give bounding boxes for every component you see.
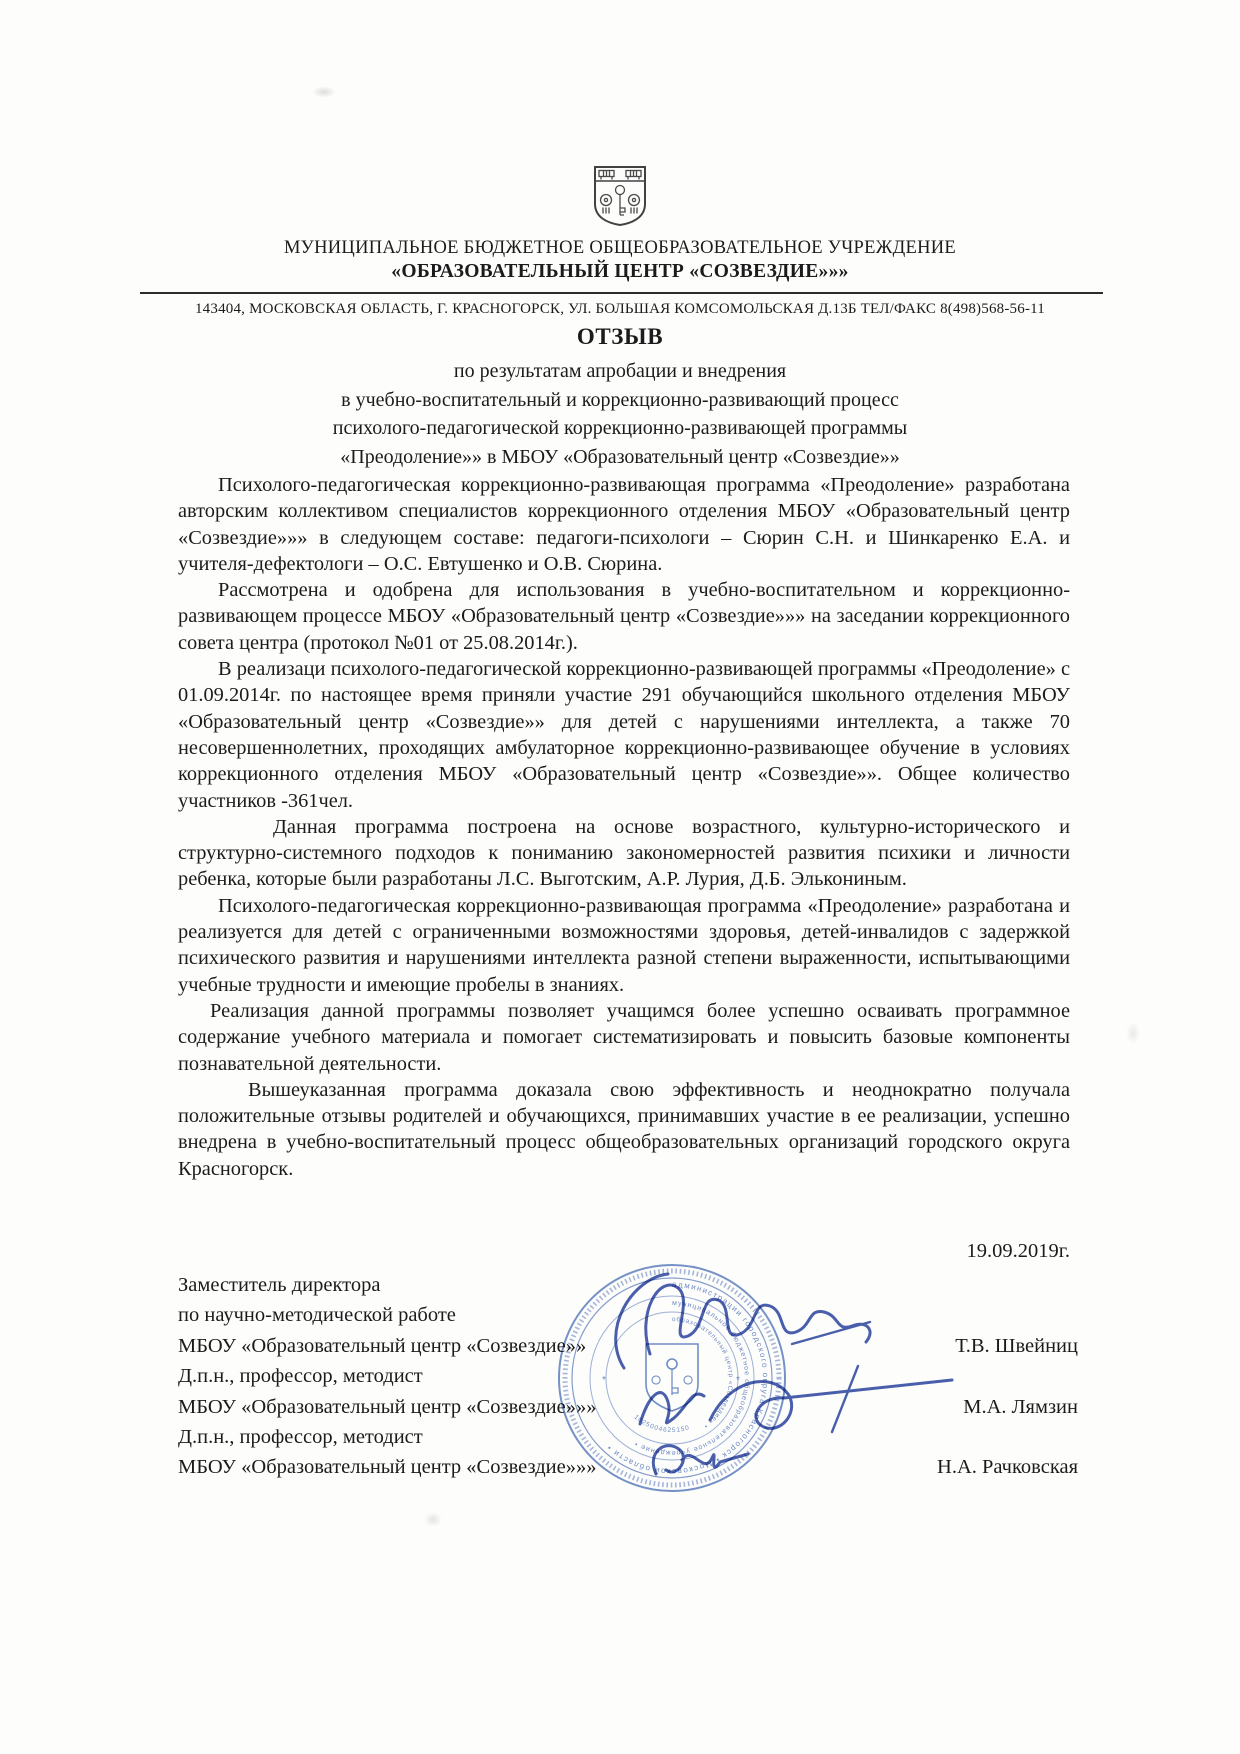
signatory-role: Д.п.н., профессор, методист bbox=[178, 1361, 423, 1391]
signatory-role: Д.п.н., профессор, методист bbox=[178, 1422, 423, 1452]
title-subtitle-line: в учебно-воспитательный и коррекционно-р… bbox=[0, 386, 1240, 415]
body-paragraph: Вышеуказанная программа доказала свою эф… bbox=[178, 1077, 1070, 1182]
body-paragraph: Психолого-педагогическая коррекционно-ра… bbox=[178, 472, 1070, 577]
body-paragraph: Реализация данной программы позволяет уч… bbox=[178, 998, 1070, 1077]
scan-smudge bbox=[1126, 1022, 1140, 1044]
body-paragraph: Рассмотрена и одобрена для использования… bbox=[178, 577, 1070, 656]
city-emblem-icon bbox=[591, 164, 649, 228]
title-subtitle-line: психолого-педагогической коррекционно-ра… bbox=[0, 414, 1240, 443]
signatory-role: Заместитель директора bbox=[178, 1270, 380, 1300]
signatory-org: МБОУ «Образовательный центр «Созвездие»»… bbox=[178, 1392, 596, 1422]
title-subtitle-line: «Преодоление»» в МБОУ «Образовательный ц… bbox=[0, 443, 1240, 472]
signatory-role: по научно-методической работе bbox=[178, 1300, 456, 1330]
header-divider bbox=[140, 292, 1103, 294]
document-body: Психолого-педагогическая коррекционно-ра… bbox=[178, 472, 1070, 1182]
org-name-line1: МУНИЦИПАЛЬНОЕ БЮДЖЕТНОЕ ОБЩЕОБРАЗОВАТЕЛЬ… bbox=[0, 238, 1240, 259]
org-name-line2: «ОБРАЗОВАТЕЛЬНЫЙ ЦЕНТР «СОЗВЕЗДИЕ»»» bbox=[0, 261, 1240, 283]
title-subtitle-line: по результатам апробации и внедрения bbox=[0, 357, 1240, 386]
title-subtitle-block: по результатам апробации и внедрения в у… bbox=[0, 357, 1240, 471]
org-address: 143404, МОСКОВСКАЯ ОБЛАСТЬ, Г. КРАСНОГОР… bbox=[0, 301, 1240, 318]
body-paragraph: Психолого-педагогическая коррекционно-ра… bbox=[178, 893, 1070, 998]
ink-signatures-icon bbox=[540, 1248, 1110, 1503]
signature-ink-lyamzin-cross bbox=[832, 1366, 858, 1432]
body-paragraph: Данная программа построена на основе воз… bbox=[178, 814, 1070, 893]
document-title: ОТЗЫВ bbox=[0, 324, 1240, 350]
signature-ink-lyamzin bbox=[640, 1380, 952, 1428]
signatory-org: МБОУ «Образовательный центр «Созвездие»»… bbox=[178, 1452, 596, 1482]
signatory-org: МБОУ «Образовательный центр «Созвездие»» bbox=[178, 1331, 586, 1361]
scan-smudge bbox=[424, 1512, 442, 1527]
signature-ink-rachkovskaya bbox=[653, 1446, 748, 1474]
scan-smudge bbox=[312, 86, 336, 98]
scanned-document-page: МУНИЦИПАЛЬНОЕ БЮДЖЕТНОЕ ОБЩЕОБРАЗОВАТЕЛЬ… bbox=[0, 0, 1240, 1754]
body-paragraph: В реализаци психолого-педагогической кор… bbox=[178, 656, 1070, 814]
signature-ink-shveynits bbox=[616, 1274, 870, 1368]
